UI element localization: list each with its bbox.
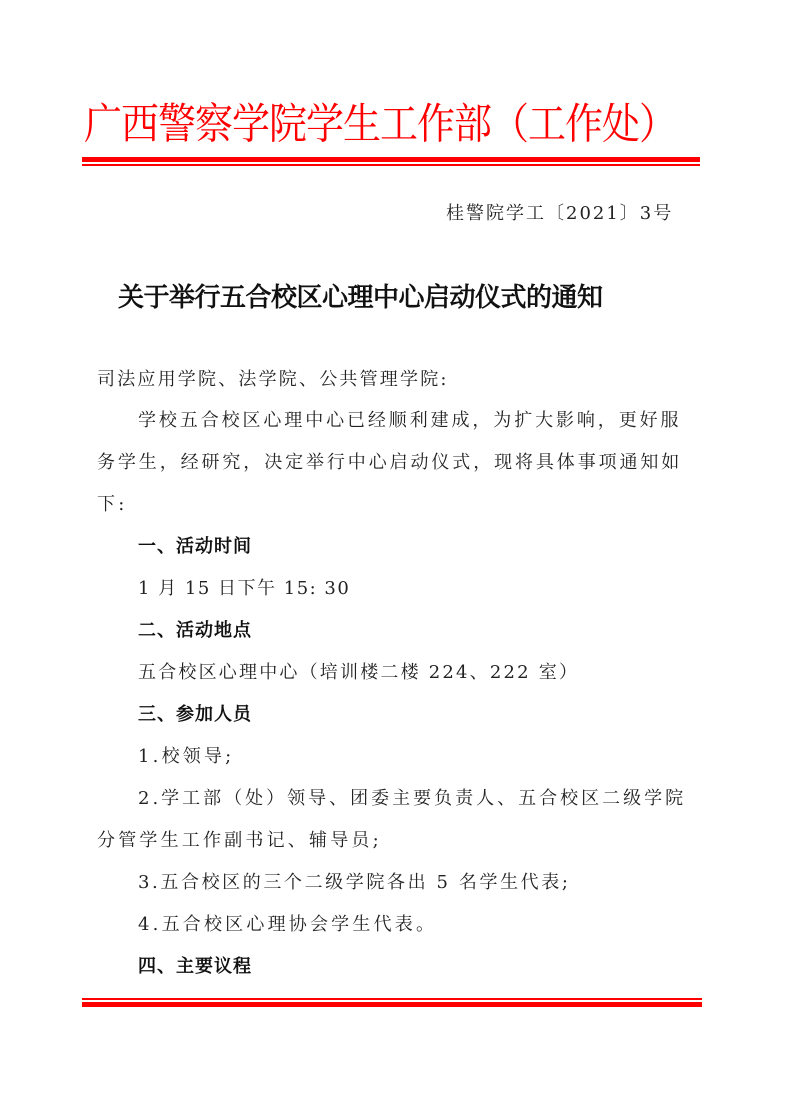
intro-paragraph-line-2: 务学生，经研究，决定举行中心启动仪式，现将具体事项通知如 (97, 449, 682, 477)
header-rule-thick (82, 157, 700, 162)
attendee-item-2-continued: 分管学生工作副书记、辅导员; (97, 827, 382, 855)
organization-masthead: 广西警察学院学生工作部（工作处） (84, 98, 714, 150)
event-location: 五合校区心理中心（培训楼二楼 224、222 室） (138, 659, 579, 687)
section-heading-time: 一、活动时间 (138, 533, 252, 561)
document-number: 桂警院学工〔2021〕3号 (446, 201, 673, 227)
document-page: 广西警察学院学生工作部（工作处） 桂警院学工〔2021〕3号 关于举行五合校区心… (0, 0, 794, 1108)
recipients-line: 司法应用学院、法学院、公共管理学院: (97, 366, 449, 394)
footer-rule-thin (82, 998, 702, 1000)
intro-paragraph-line-1: 学校五合校区心理中心已经顺利建成，为扩大影响，更好服 (138, 407, 681, 435)
attendee-item-3: 3.五合校区的三个二级学院各出 5 名学生代表; (138, 869, 571, 897)
event-time: 1 月 15 日下午 15: 30 (138, 575, 350, 603)
section-heading-agenda: 四、主要议程 (138, 953, 252, 981)
attendee-item-4: 4.五合校区心理协会学生代表。 (138, 911, 437, 939)
notice-title: 关于举行五合校区心理中心启动仪式的通知 (118, 280, 688, 316)
section-heading-location: 二、活动地点 (138, 617, 252, 645)
intro-paragraph-line-3: 下: (97, 491, 127, 519)
header-rule-thin (82, 164, 700, 166)
attendee-item-2: 2.学工部（处）领导、团委主要负责人、五合校区二级学院 (138, 785, 686, 813)
section-heading-attendees: 三、参加人员 (138, 701, 252, 729)
footer-rule-thick (82, 1002, 702, 1007)
attendee-item-1: 1.校领导; (138, 743, 234, 771)
